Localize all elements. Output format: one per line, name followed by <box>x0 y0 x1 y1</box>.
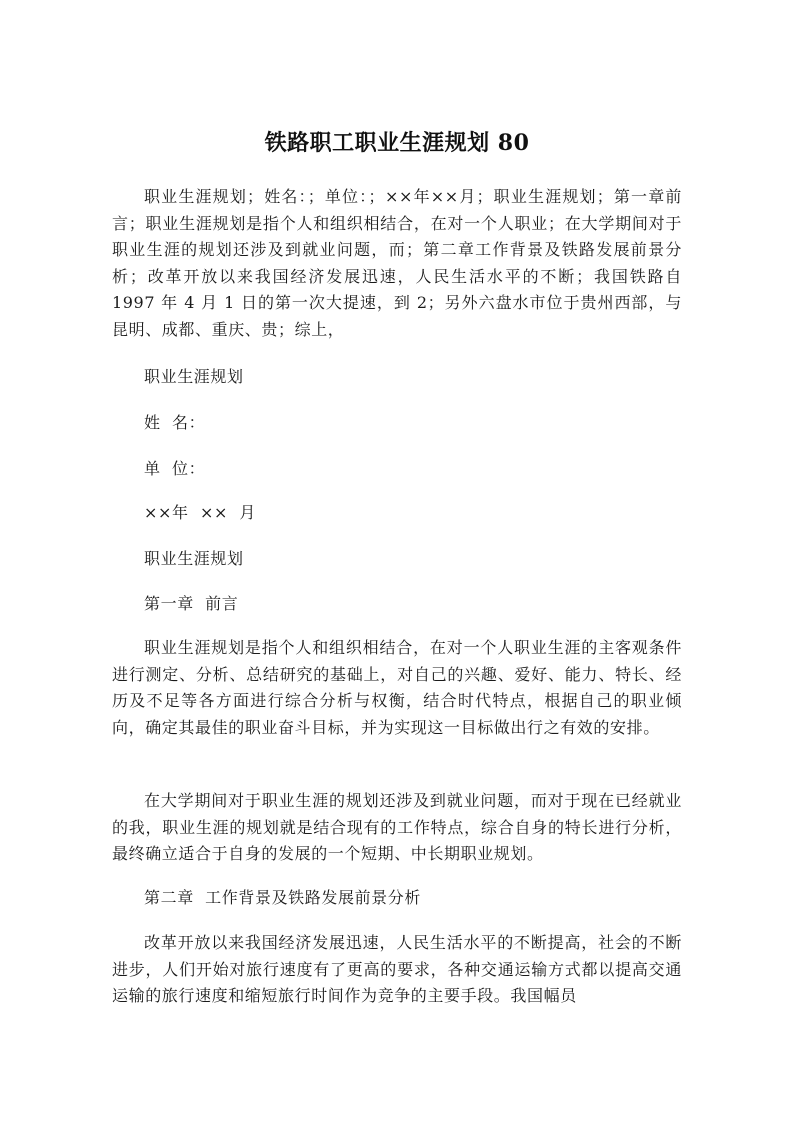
chapter1-paragraph-1: 职业生涯规划是指个人和组织相结合，在对一个人职业生涯的主客观条件进行测定、分析、… <box>112 635 682 741</box>
cover-heading: 职业生涯规划 <box>112 364 244 390</box>
chapter1-title: 第一章 前言 <box>112 591 238 617</box>
unit-label: 单 位： <box>112 456 205 482</box>
summary-paragraph: 职业生涯规划；姓名：；单位：；××年××月；职业生涯规划；第一章前言；职业生涯规… <box>112 184 682 343</box>
chapter2-paragraph-1: 改革开放以来我国经济发展迅速，人民生活水平的不断提高，社会的不断进步，人们开始对… <box>112 930 682 1010</box>
chapter1-paragraph-2: 在大学期间对于职业生涯的规划还涉及到就业问题，而对于现在已经就业的我，职业生涯的… <box>112 788 682 868</box>
chapter2-title: 第二章 工作背景及铁路发展前景分析 <box>112 885 421 911</box>
cover-heading-2: 职业生涯规划 <box>112 546 244 572</box>
document-title: 铁路职工职业生涯规划 80 <box>112 126 682 157</box>
date-line: ××年 ×× 月 <box>112 500 256 526</box>
name-label: 姓 名： <box>112 410 205 436</box>
